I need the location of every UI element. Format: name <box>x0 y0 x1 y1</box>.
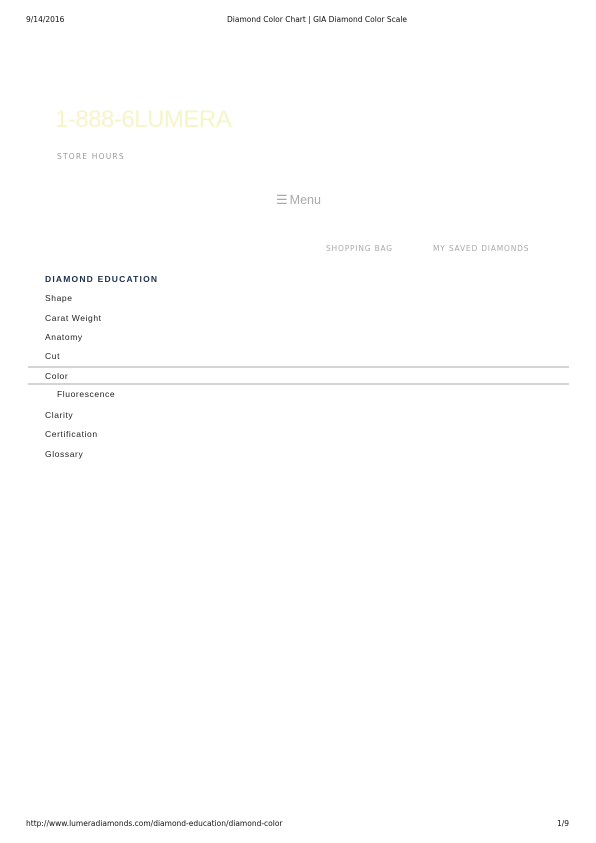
nav-item-fluorescence[interactable]: Fluorescence <box>57 389 115 399</box>
store-hours-link[interactable]: STORE HOURS <box>57 152 125 161</box>
active-item-top-divider <box>28 366 569 368</box>
nav-item-anatomy[interactable]: Anatomy <box>45 332 83 342</box>
phone-number-link[interactable]: 1-888-6LUMERA <box>55 106 231 134</box>
menu-label: Menu <box>290 193 321 207</box>
shopping-bag-link[interactable]: SHOPPING BAG <box>326 244 393 253</box>
nav-item-clarity[interactable]: Clarity <box>45 410 73 420</box>
print-url: http://www.lumeradiamonds.com/diamond-ed… <box>26 819 283 828</box>
nav-item-color[interactable]: Color <box>45 371 68 381</box>
print-title: Diamond Color Chart | GIA Diamond Color … <box>227 15 407 24</box>
nav-item-certification[interactable]: Certification <box>45 429 98 439</box>
nav-item-shape[interactable]: Shape <box>45 293 73 303</box>
print-page-number: 1/9 <box>557 819 569 828</box>
section-title: DIAMOND EDUCATION <box>45 274 158 284</box>
nav-item-cut[interactable]: Cut <box>45 351 60 361</box>
nav-item-glossary[interactable]: Glossary <box>45 449 83 459</box>
nav-item-carat-weight[interactable]: Carat Weight <box>45 313 102 323</box>
menu-button[interactable]: ☰Menu <box>276 192 321 208</box>
print-date: 9/14/2016 <box>26 15 64 24</box>
active-item-bottom-divider <box>28 383 569 385</box>
saved-diamonds-link[interactable]: MY SAVED DIAMONDS <box>433 244 529 253</box>
hamburger-icon: ☰ <box>276 192 288 207</box>
